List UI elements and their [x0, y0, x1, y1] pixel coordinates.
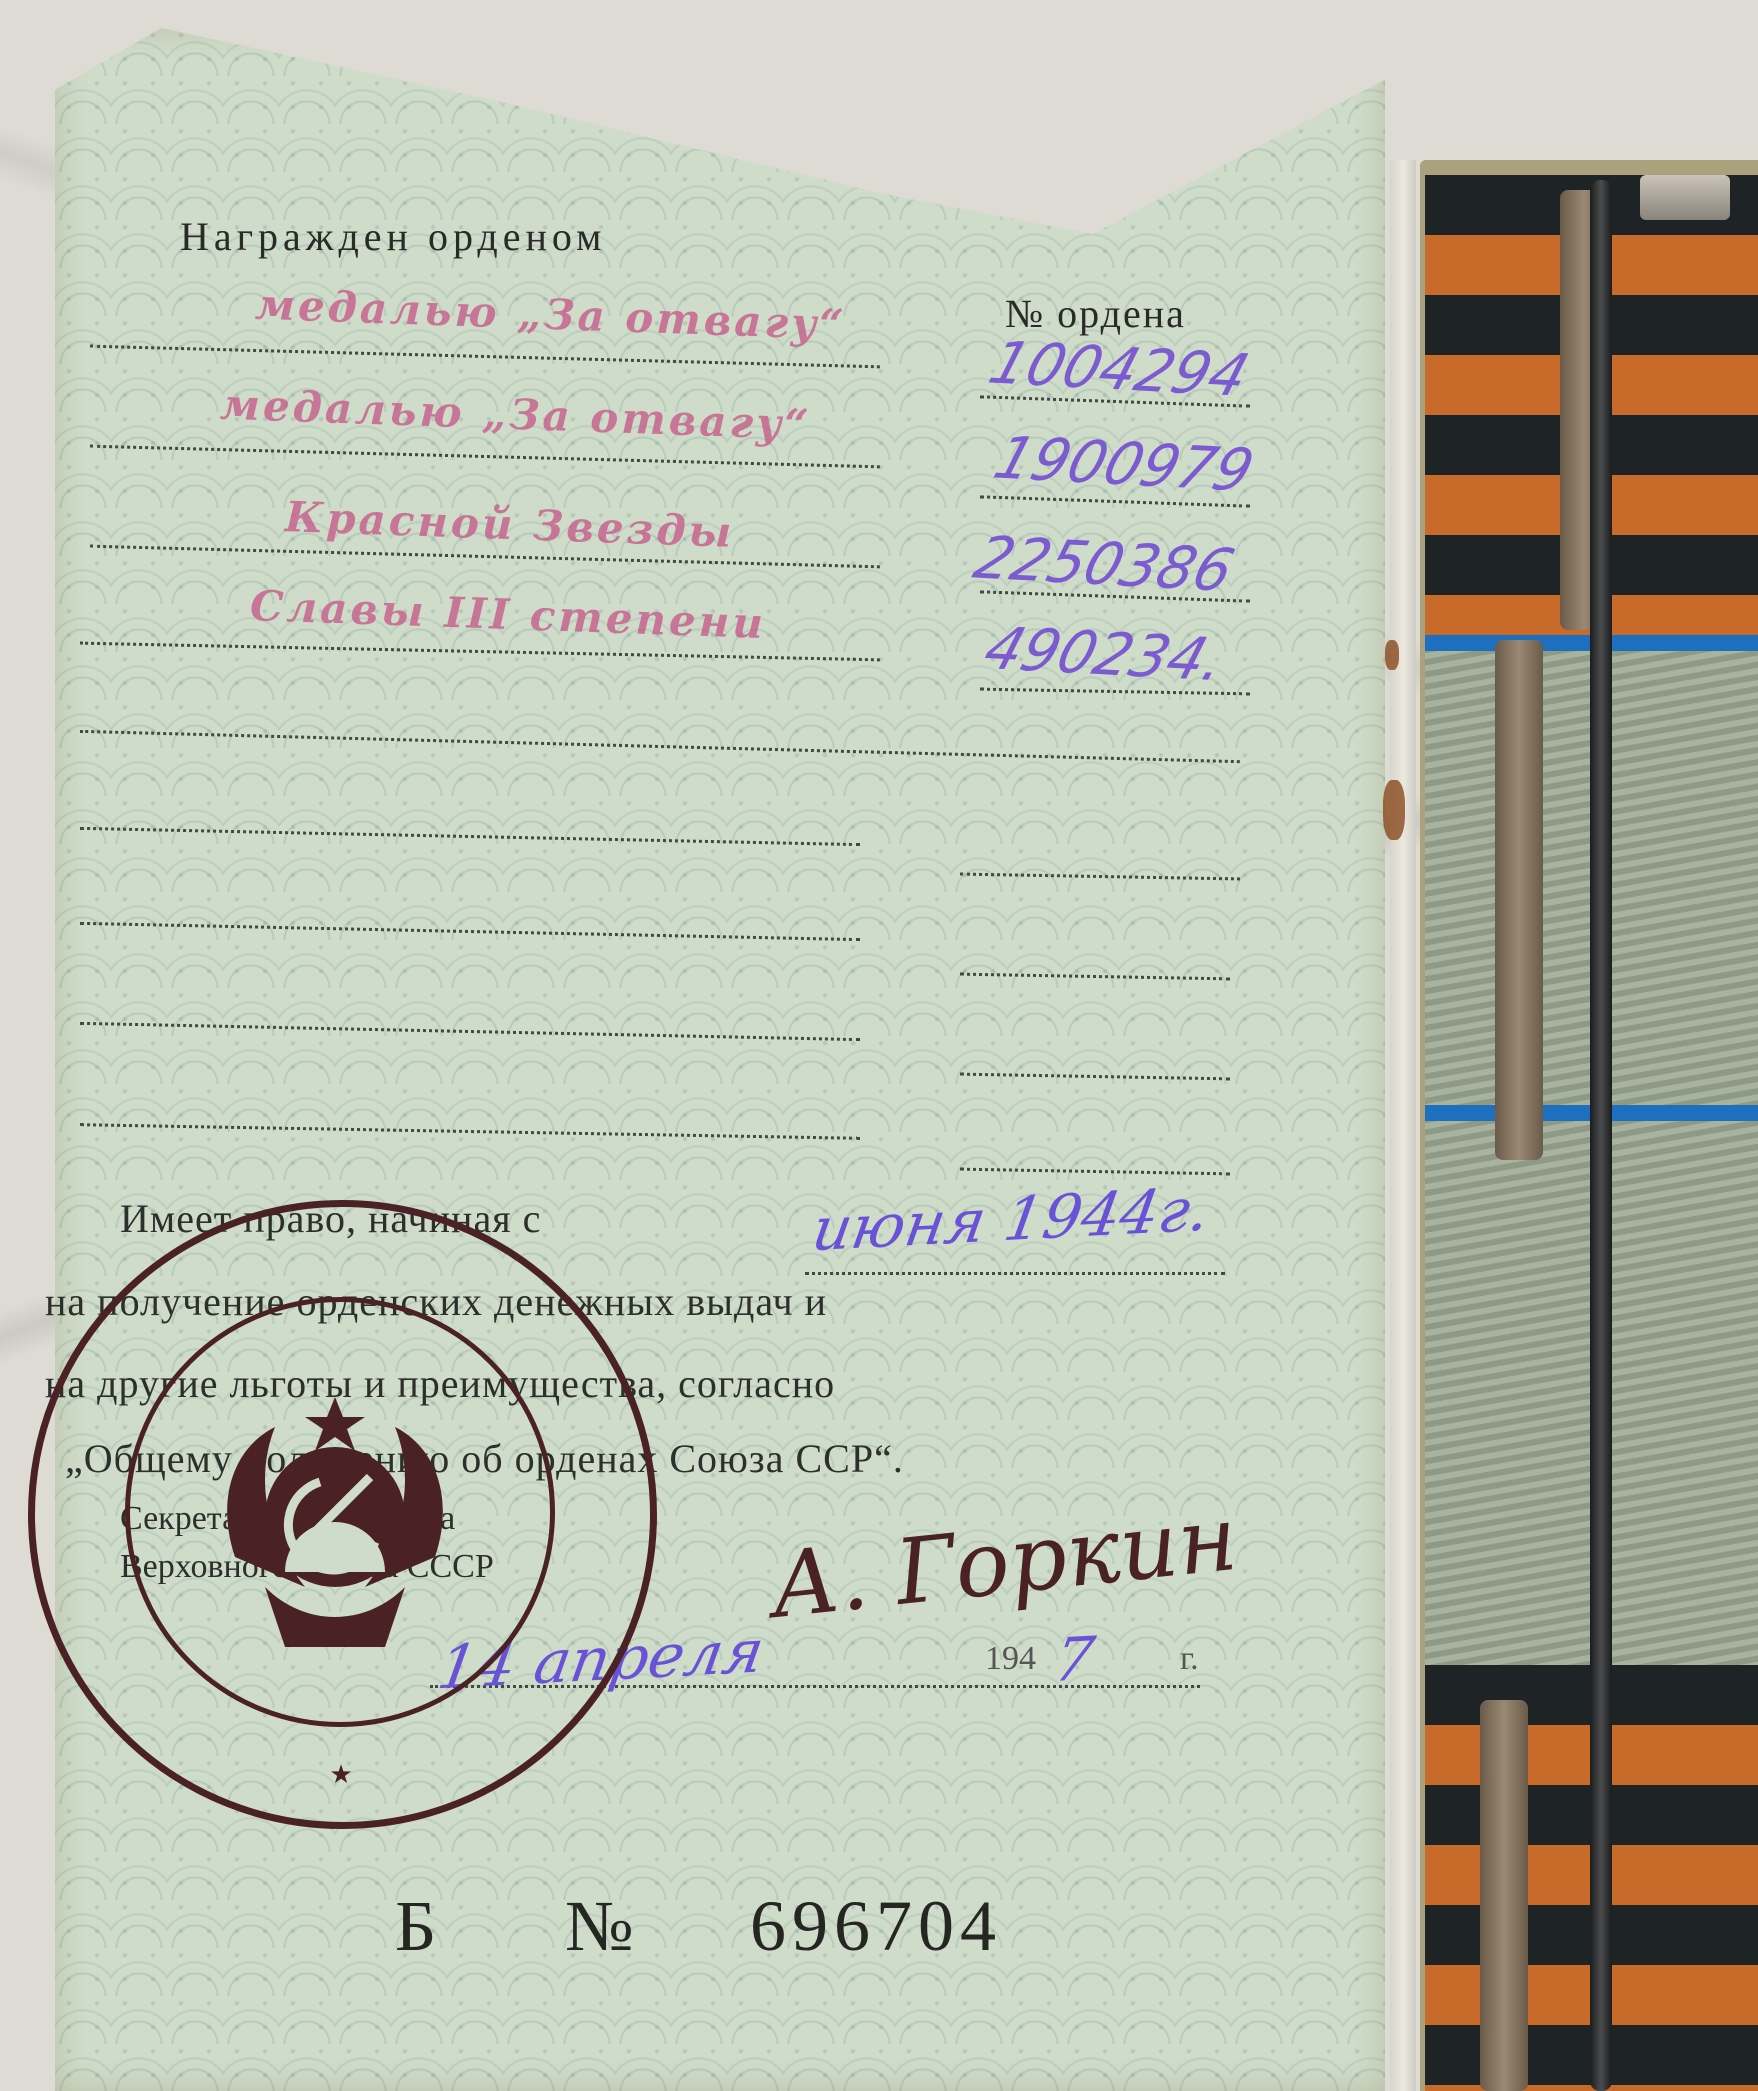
- official-seal: ★: [28, 1200, 657, 1829]
- serial-number: 696704: [750, 1885, 1002, 1968]
- dotted-line: [805, 1272, 1225, 1275]
- award-number-1: 1004294: [982, 328, 1257, 409]
- award-number-3: 2250386: [967, 523, 1242, 604]
- award-number-2: 1900979: [987, 423, 1262, 504]
- ribbon-clip: [1495, 640, 1543, 1160]
- ribbon-bar-pin: [1590, 180, 1612, 2091]
- soviet-emblem-icon: [175, 1357, 495, 1677]
- serial-series: Б: [395, 1885, 442, 1968]
- rust-stain: [1385, 640, 1399, 670]
- page-edge: [1390, 160, 1416, 2091]
- issue-year-printed: 194: [985, 1640, 1036, 1678]
- pin-clasp: [1640, 175, 1730, 220]
- rust-stain: [1383, 780, 1405, 840]
- ribbon-clip: [1480, 1700, 1528, 2091]
- issue-year-suffix: г.: [1180, 1640, 1199, 1678]
- heading-awarded: Награжден орденом: [180, 213, 606, 260]
- seal-text: ★: [35, 1760, 650, 1790]
- award-number-4: 490234.: [976, 614, 1233, 694]
- serial-number-sign: №: [565, 1885, 640, 1968]
